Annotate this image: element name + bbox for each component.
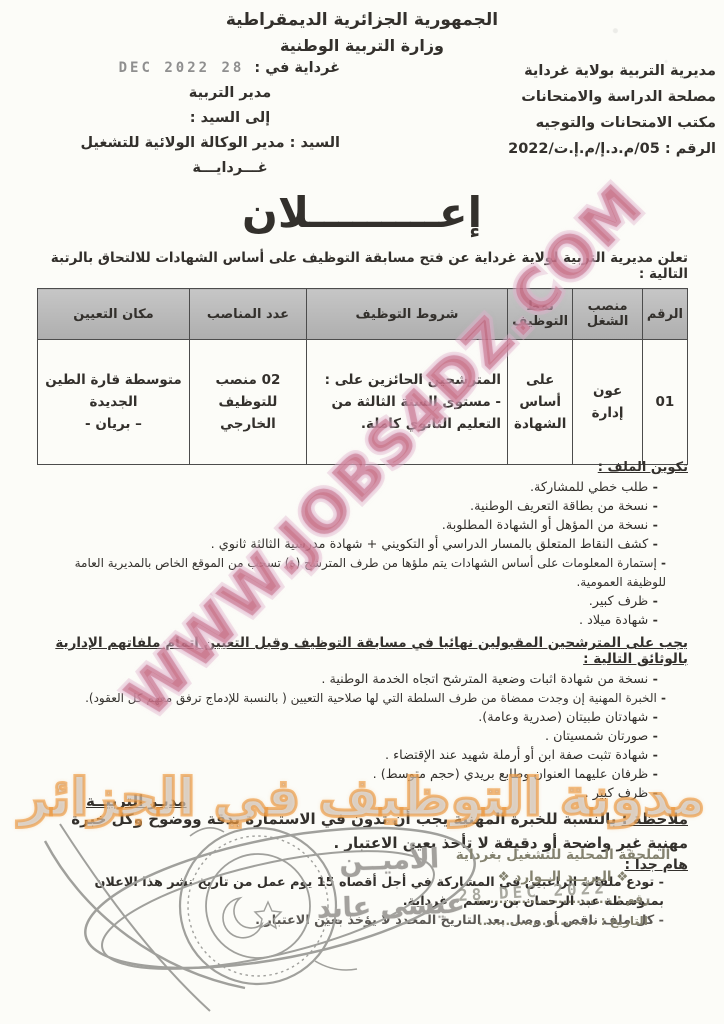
intro-paragraph: تعلن مديرية التربية لولاية غرداية عن فتح… [38, 250, 688, 282]
dossier-item: نسخة من بطاقة التعريف الوطنية. [36, 497, 688, 516]
sender-office: مكتب الامتحانات والتوجيه [416, 110, 716, 136]
cell-conditions: المترشحين الحائزين على : - مستوى السنة ا… [306, 340, 507, 465]
final-doc-item: صورتان شمسيتان . [36, 727, 688, 746]
republic-title: الجمهورية الجزائرية الديمقراطية [0, 10, 724, 30]
col-location: مكان التعيين [38, 289, 190, 340]
cell-number: 01 [642, 340, 687, 465]
col-number: الرقم [642, 289, 687, 340]
document-header: الجمهورية الجزائرية الديمقراطية وزارة ال… [0, 10, 724, 55]
recruitment-table: الرقم منصب الشغل نمط التوظيف شروط التوظي… [37, 288, 688, 465]
table-header-row: الرقم منصب الشغل نمط التوظيف شروط التوظي… [38, 289, 688, 340]
final-docs-heading: يجب على المترشحين المقبولين نهائيا في مس… [36, 635, 688, 667]
final-doc-item: شهادتان طبيتان (صدرية وعامة). [36, 708, 688, 727]
dossier-item: طلب خطي للمشاركة. [36, 478, 688, 497]
place-date-label: غرداية في : [254, 56, 340, 81]
dossier-item: شهادة ميلاد . [36, 611, 688, 630]
col-mode: نمط التوظيف [508, 289, 573, 340]
cell-location: متوسطة قارة الطين الجديدة – بريان - [38, 340, 190, 465]
scanned-announcement-document: WWW.JOBS4DZ.COM مدونة التوظيف في الجزائر… [0, 0, 724, 1024]
sender-block: مديرية التربية بولاية غرداية مصلحة الدرا… [416, 58, 716, 162]
final-doc-item: نسخة من شهادة اثبات وضعية المترشح اتجاه … [36, 670, 688, 689]
to-label: إلى السيد : [120, 106, 340, 131]
dossier-item: إستمارة المعلومات على أساس الشهادات يتم … [36, 554, 688, 592]
dossier-item: نسخة من المؤهل أو الشهادة المطلوبة. [36, 516, 688, 535]
cell-mode: على أساس الشهادة [508, 340, 573, 465]
announcement-title: إعـــــــــلان [0, 188, 724, 237]
dossier-item: كشف النقاط المتعلق بالمسار الدراسي أو ال… [36, 535, 688, 554]
top-date-stamp: 28 DEC 2022 [119, 56, 245, 81]
to-line: السيد : مدير الوكالة الولائية للتشغيل [40, 131, 340, 156]
to-city: غـــردايـــة [120, 156, 340, 181]
table-row: 01 عون إدارة على أساس الشهادة المترشحين … [38, 340, 688, 465]
ministry-title: وزارة التربية الوطنية [0, 36, 724, 55]
reception-date-line: التاريخ : .......................... [428, 910, 698, 932]
final-docs-list: نسخة من شهادة اثبات وضعية المترشح اتجاه … [36, 670, 688, 803]
addressee-block: غرداية في : 28 DEC 2022 مدير التربية إلى… [40, 56, 340, 181]
cell-positions: 02 منصب للتوظيف الخارجي [190, 340, 307, 465]
sender-service: مصلحة الدراسة والامتحانات [416, 84, 716, 110]
dossier-item: ظرف كبير. [36, 592, 688, 611]
col-post: منصب الشغل [573, 289, 643, 340]
final-doc-item: شهادة تثبت صفة ابن أو أرملة شهيد عند الإ… [36, 746, 688, 765]
final-doc-item: ظرفان عليهما العنوان وطابع بريدي (حجم مت… [36, 765, 688, 784]
reference-number: الرقم : 05/م.د.إ/م.إ.ت/2022 [416, 136, 716, 162]
final-doc-item: الخبرة المهنية إن وجدت ممضاة من طرف السل… [36, 689, 688, 708]
reception-office: الملحقة المحلية للتشغيل بغرداية [428, 844, 698, 866]
cell-post: عون إدارة [573, 340, 643, 465]
note-label: ملاحظة : [622, 810, 688, 828]
dossier-list: طلب خطي للمشاركة. نسخة من بطاقة التعريف … [36, 478, 688, 630]
sender-directorate: مديرية التربية بولاية غرداية [416, 58, 716, 84]
col-positions: عدد المناصب [190, 289, 307, 340]
dossier-heading: تكوين الملف : [36, 460, 688, 475]
col-conditions: شروط التوظيف [306, 289, 507, 340]
from-line: مدير التربية [120, 81, 340, 106]
